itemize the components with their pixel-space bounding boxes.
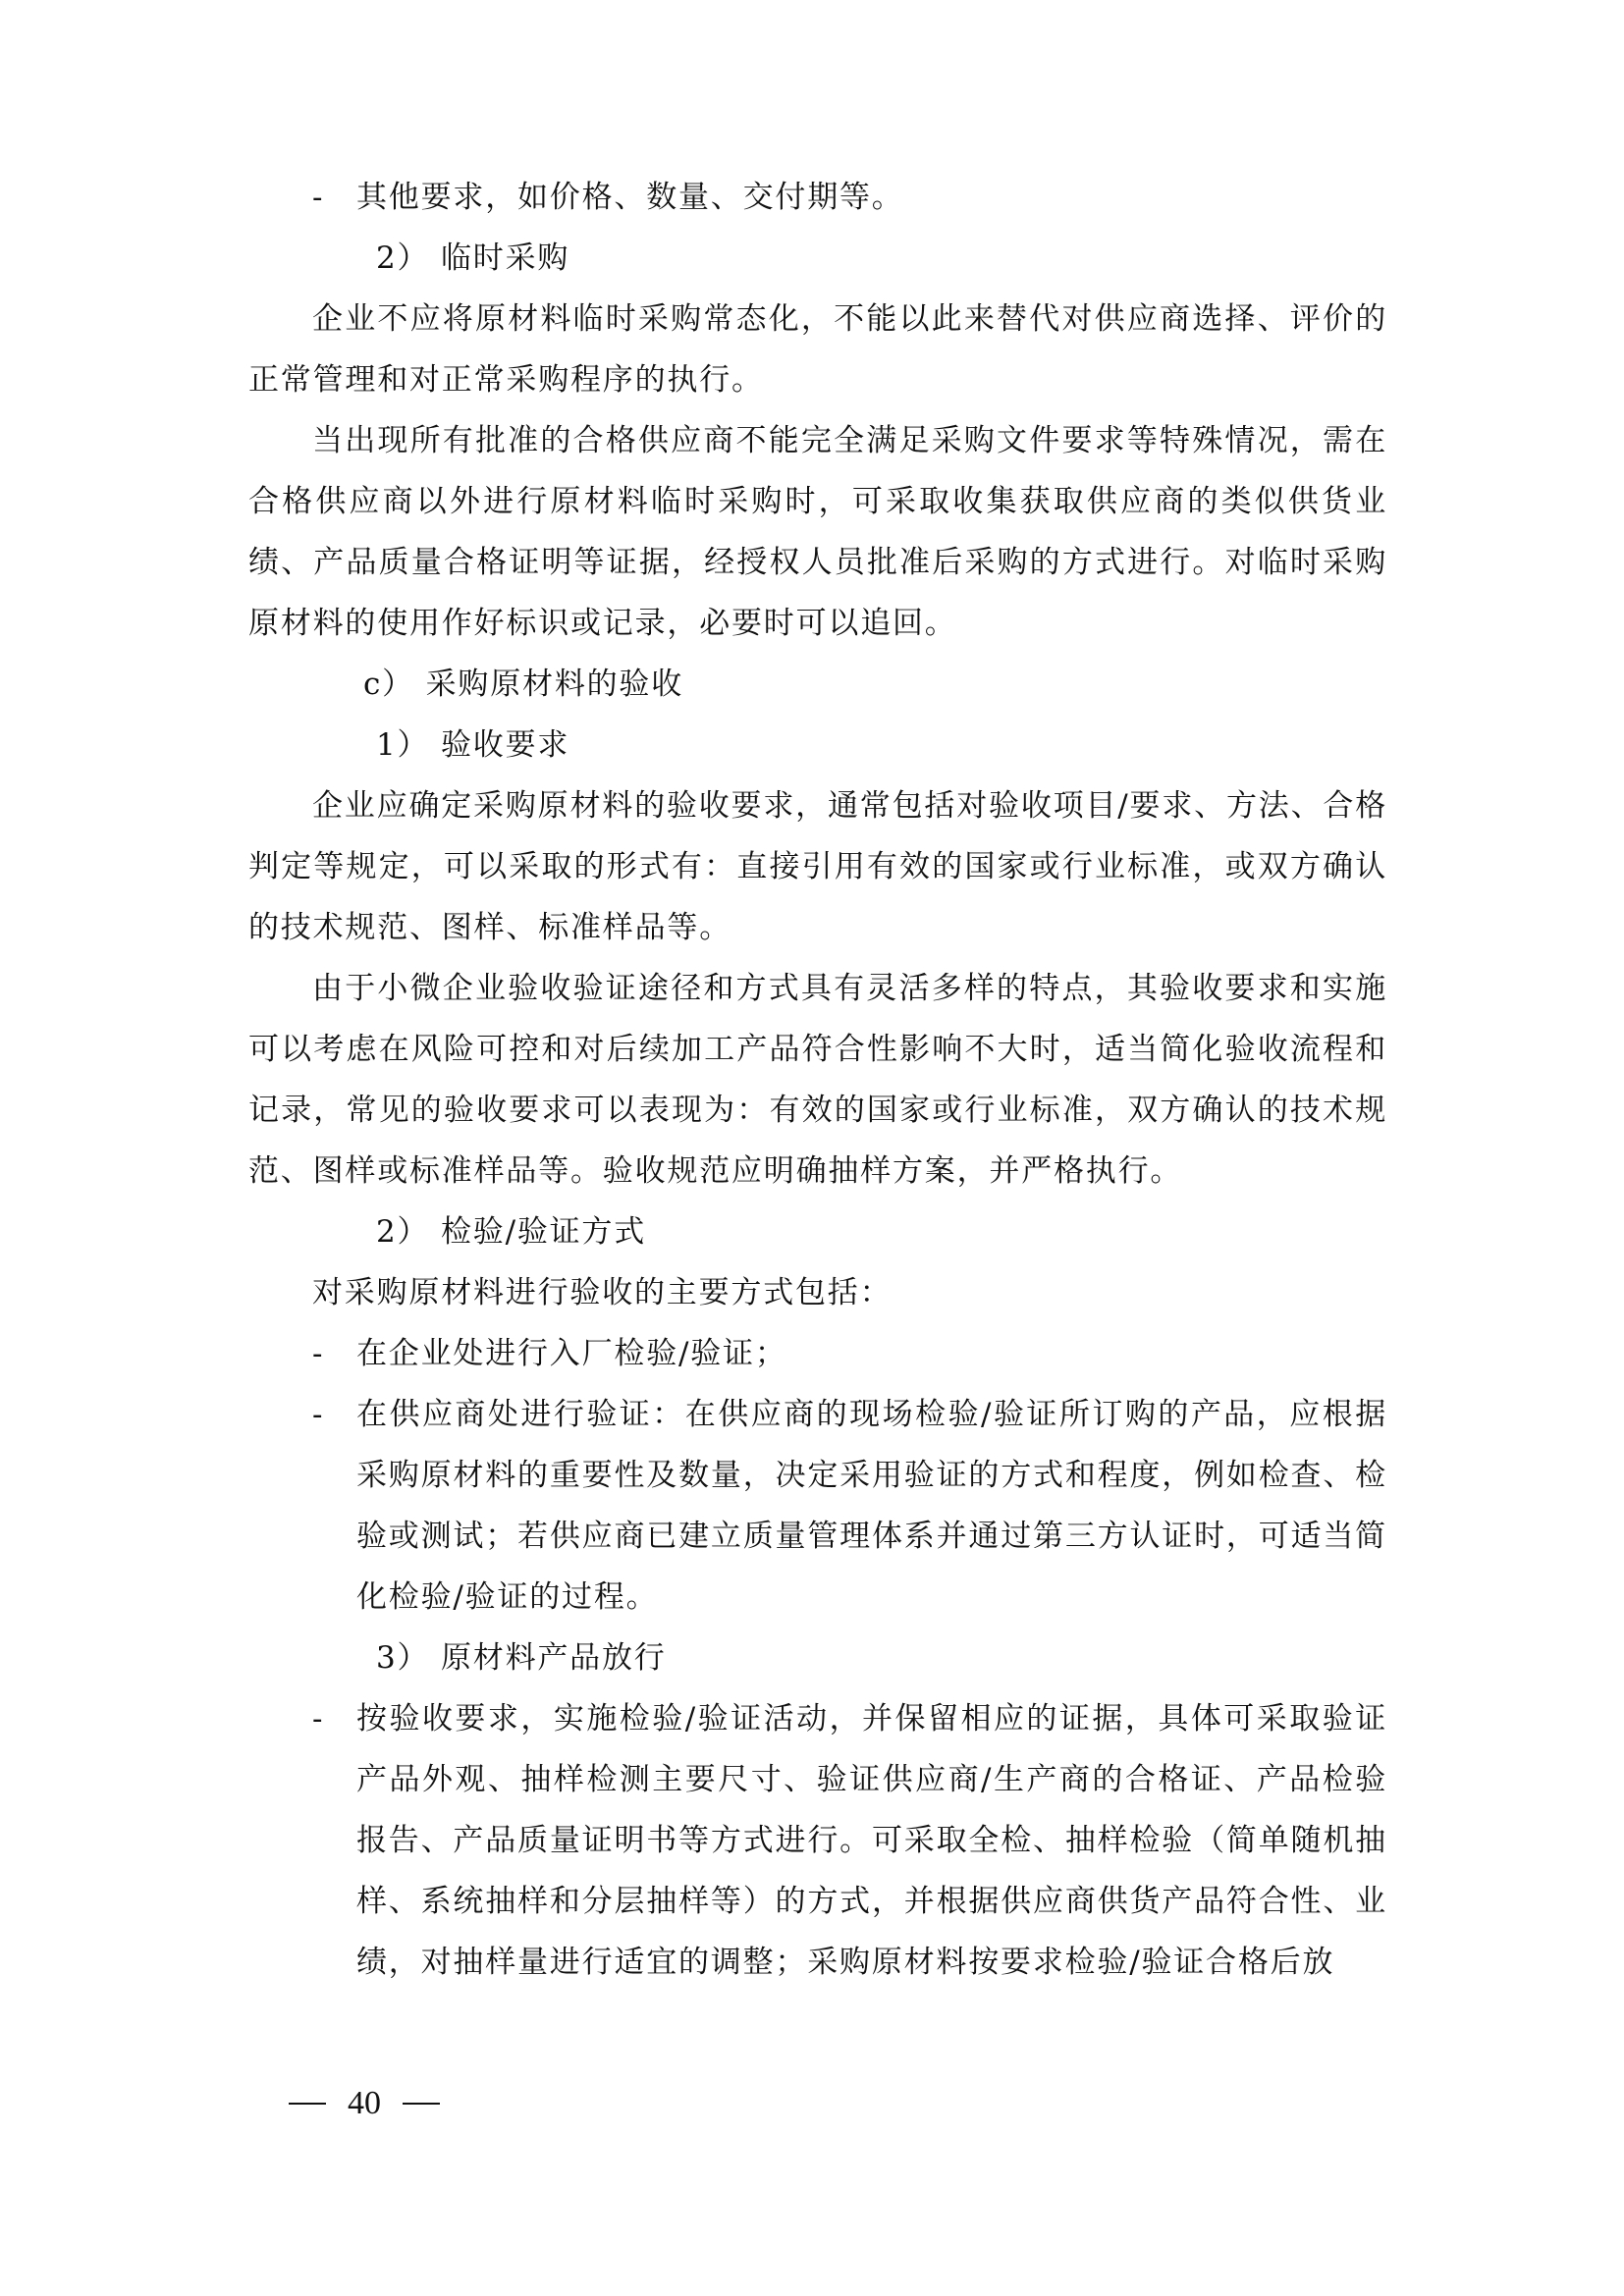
page-footer: 40 <box>289 2079 440 2128</box>
page-number: 40 <box>348 2079 381 2128</box>
bullet-text: 在供应商处进行验证：在供应商的现场检验/验证所订购的产品，应根据采购原材料的重要… <box>356 1397 1387 1615</box>
bullet-dash: - <box>312 1384 342 1445</box>
footer-right-dash <box>403 2103 440 2105</box>
bullet-item-other-requirements: - 其他要求，如价格、数量、交付期等。 <box>248 167 1387 228</box>
heading-temporary-purchase: 2） 临时采购 <box>248 228 1387 289</box>
heading-acceptance-of-materials: c） 采购原材料的验收 <box>248 654 1387 715</box>
heading-acceptance-requirements: 1） 验收要求 <box>248 715 1387 775</box>
document-page: - 其他要求，如价格、数量、交付期等。 2） 临时采购 企业不应将原材料临时采购… <box>0 0 1624 2296</box>
paragraph-inspection-methods-intro: 对采购原材料进行验收的主要方式包括： <box>248 1262 1387 1323</box>
bullet-item-incoming-inspection: - 在企业处进行入厂检验/验证； <box>248 1323 1387 1384</box>
bullet-item-supplier-verification: - 在供应商处进行验证：在供应商的现场检验/验证所订购的产品，应根据采购原材料的… <box>248 1384 1387 1628</box>
bullet-dash: - <box>312 1688 342 1749</box>
heading-material-release: 3） 原材料产品放行 <box>248 1628 1387 1688</box>
bullet-item-release-procedure: - 按验收要求，实施检验/验证活动，并保留相应的证据，具体可采取验证产品外观、抽… <box>248 1688 1387 1993</box>
paragraph-temporary-purchase-policy: 企业不应将原材料临时采购常态化，不能以此来替代对供应商选择、评价的正常管理和对正… <box>248 289 1387 410</box>
paragraph-temporary-purchase-conditions: 当出现所有批准的合格供应商不能完全满足采购文件要求等特殊情况，需在合格供应商以外… <box>248 410 1387 654</box>
bullet-text: 在企业处进行入厂检验/验证； <box>356 1336 787 1371</box>
footer-left-dash <box>289 2103 326 2105</box>
bullet-dash: - <box>312 167 342 228</box>
bullet-text: 其他要求，如价格、数量、交付期等。 <box>356 180 904 215</box>
paragraph-small-enterprise-acceptance: 由于小微企业验收验证途径和方式具有灵活多样的特点，其验收要求和实施可以考虑在风险… <box>248 958 1387 1201</box>
page-body: - 其他要求，如价格、数量、交付期等。 2） 临时采购 企业不应将原材料临时采购… <box>248 167 1387 1993</box>
bullet-dash: - <box>312 1323 342 1384</box>
paragraph-acceptance-requirements: 企业应确定采购原材料的验收要求，通常包括对验收项目/要求、方法、合格判定等规定，… <box>248 775 1387 958</box>
heading-inspection-methods: 2） 检验/验证方式 <box>248 1201 1387 1262</box>
bullet-text: 按验收要求，实施检验/验证活动，并保留相应的证据，具体可采取验证产品外观、抽样检… <box>356 1701 1387 1980</box>
